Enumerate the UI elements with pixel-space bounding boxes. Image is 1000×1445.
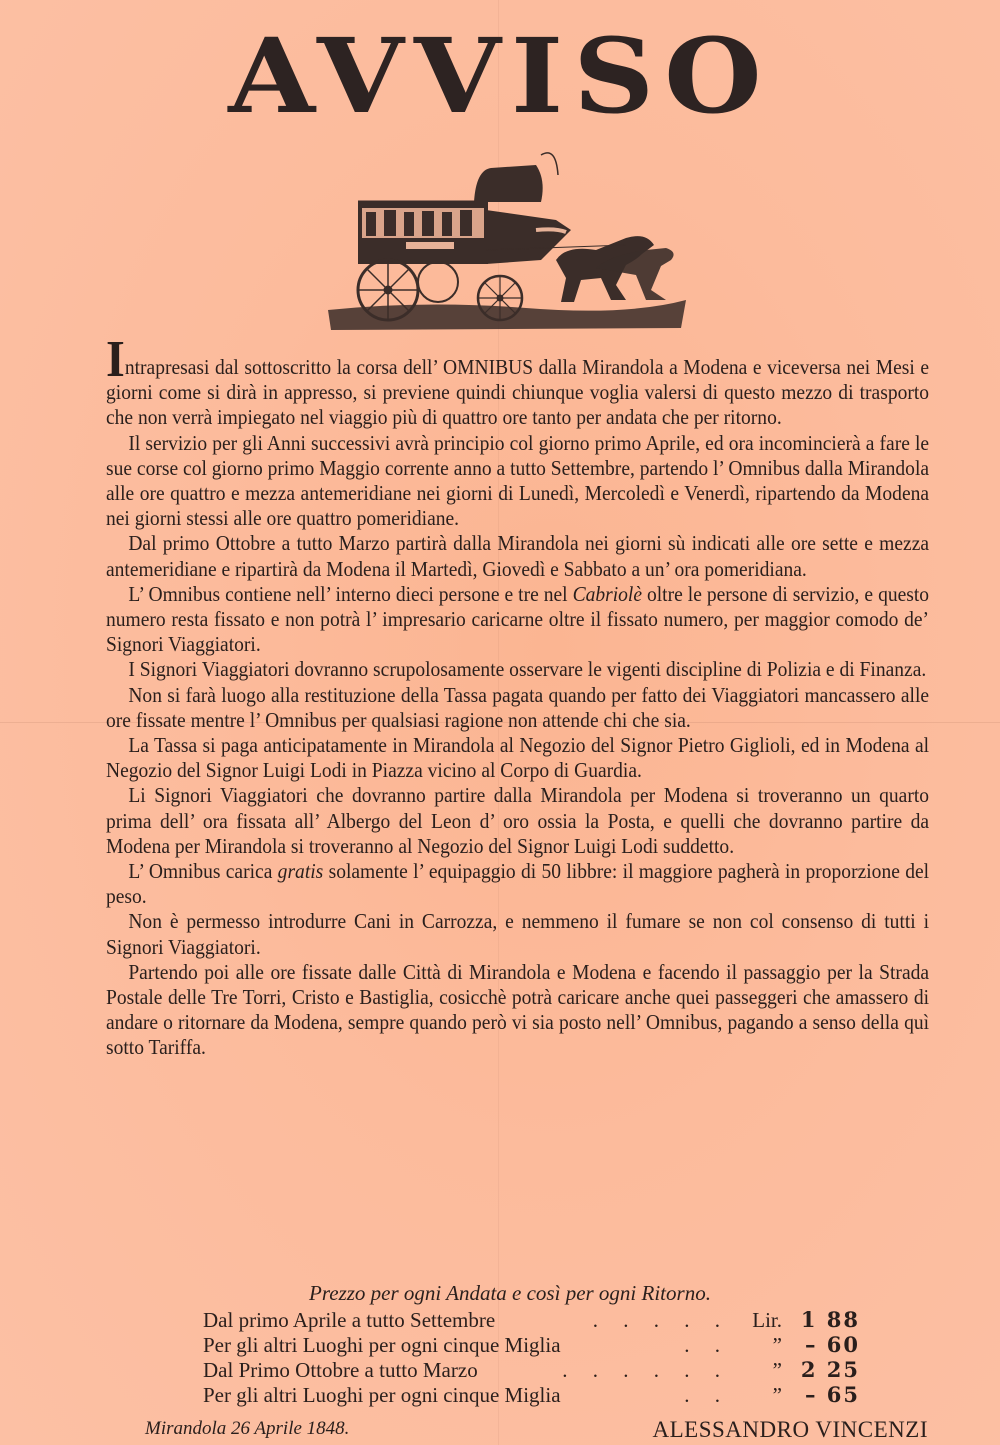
place-date: Mirandola 26 Aprile 1848. — [145, 1418, 349, 1440]
tariff-row: Dal primo Aprile a tutto Settembre . . .… — [203, 1307, 860, 1332]
paragraph-10: Non è permesso introdurre Cani in Carroz… — [106, 909, 929, 959]
tariff-row: Dal Primo Ottobre a tutto Marzo . . . . … — [203, 1357, 860, 1382]
tariff-table: Prezzo per ogni Andata e così per ogni R… — [140, 1279, 860, 1407]
paragraph-3: Dal primo Ottobre a tutto Marzo partirà … — [106, 531, 929, 581]
paragraph-8: Li Signori Viaggiatori che dovranno part… — [106, 783, 929, 859]
poster-title: AVVISO — [0, 26, 1000, 127]
tariff-row: Per gli altri Luoghi per ogni cinque Mig… — [203, 1382, 860, 1407]
paragraph-7: La Tassa si paga anticipatamente in Mira… — [106, 733, 929, 783]
tariff-row: Per gli altri Luoghi per ogni cinque Mig… — [203, 1332, 860, 1357]
paragraph-11: Partendo poi alle ore fissate dalle Citt… — [106, 960, 929, 1061]
paragraph-1: Intrapresasi dal sottoscritto la corsa d… — [106, 340, 929, 431]
paragraph-5: I Signori Viaggiatori dovranno scrupolos… — [106, 657, 929, 682]
notice-body: Intrapresasi dal sottoscritto la corsa d… — [106, 340, 929, 1061]
tariff-heading: Prezzo per ogni Andata e così per ogni R… — [160, 1279, 860, 1307]
paragraph-6: Non si farà luogo alla restituzione dell… — [106, 683, 929, 733]
paragraph-4: L’ Omnibus contiene nell’ interno dieci … — [106, 582, 929, 658]
signature: ALESSANDRO VINCENZI — [653, 1417, 929, 1443]
omnibus-illustration — [326, 150, 688, 332]
paragraph-2: Il servizio per gli Anni successivi avrà… — [106, 431, 929, 532]
paragraph-9: L’ Omnibus carica gratis solamente l’ eq… — [106, 859, 929, 909]
